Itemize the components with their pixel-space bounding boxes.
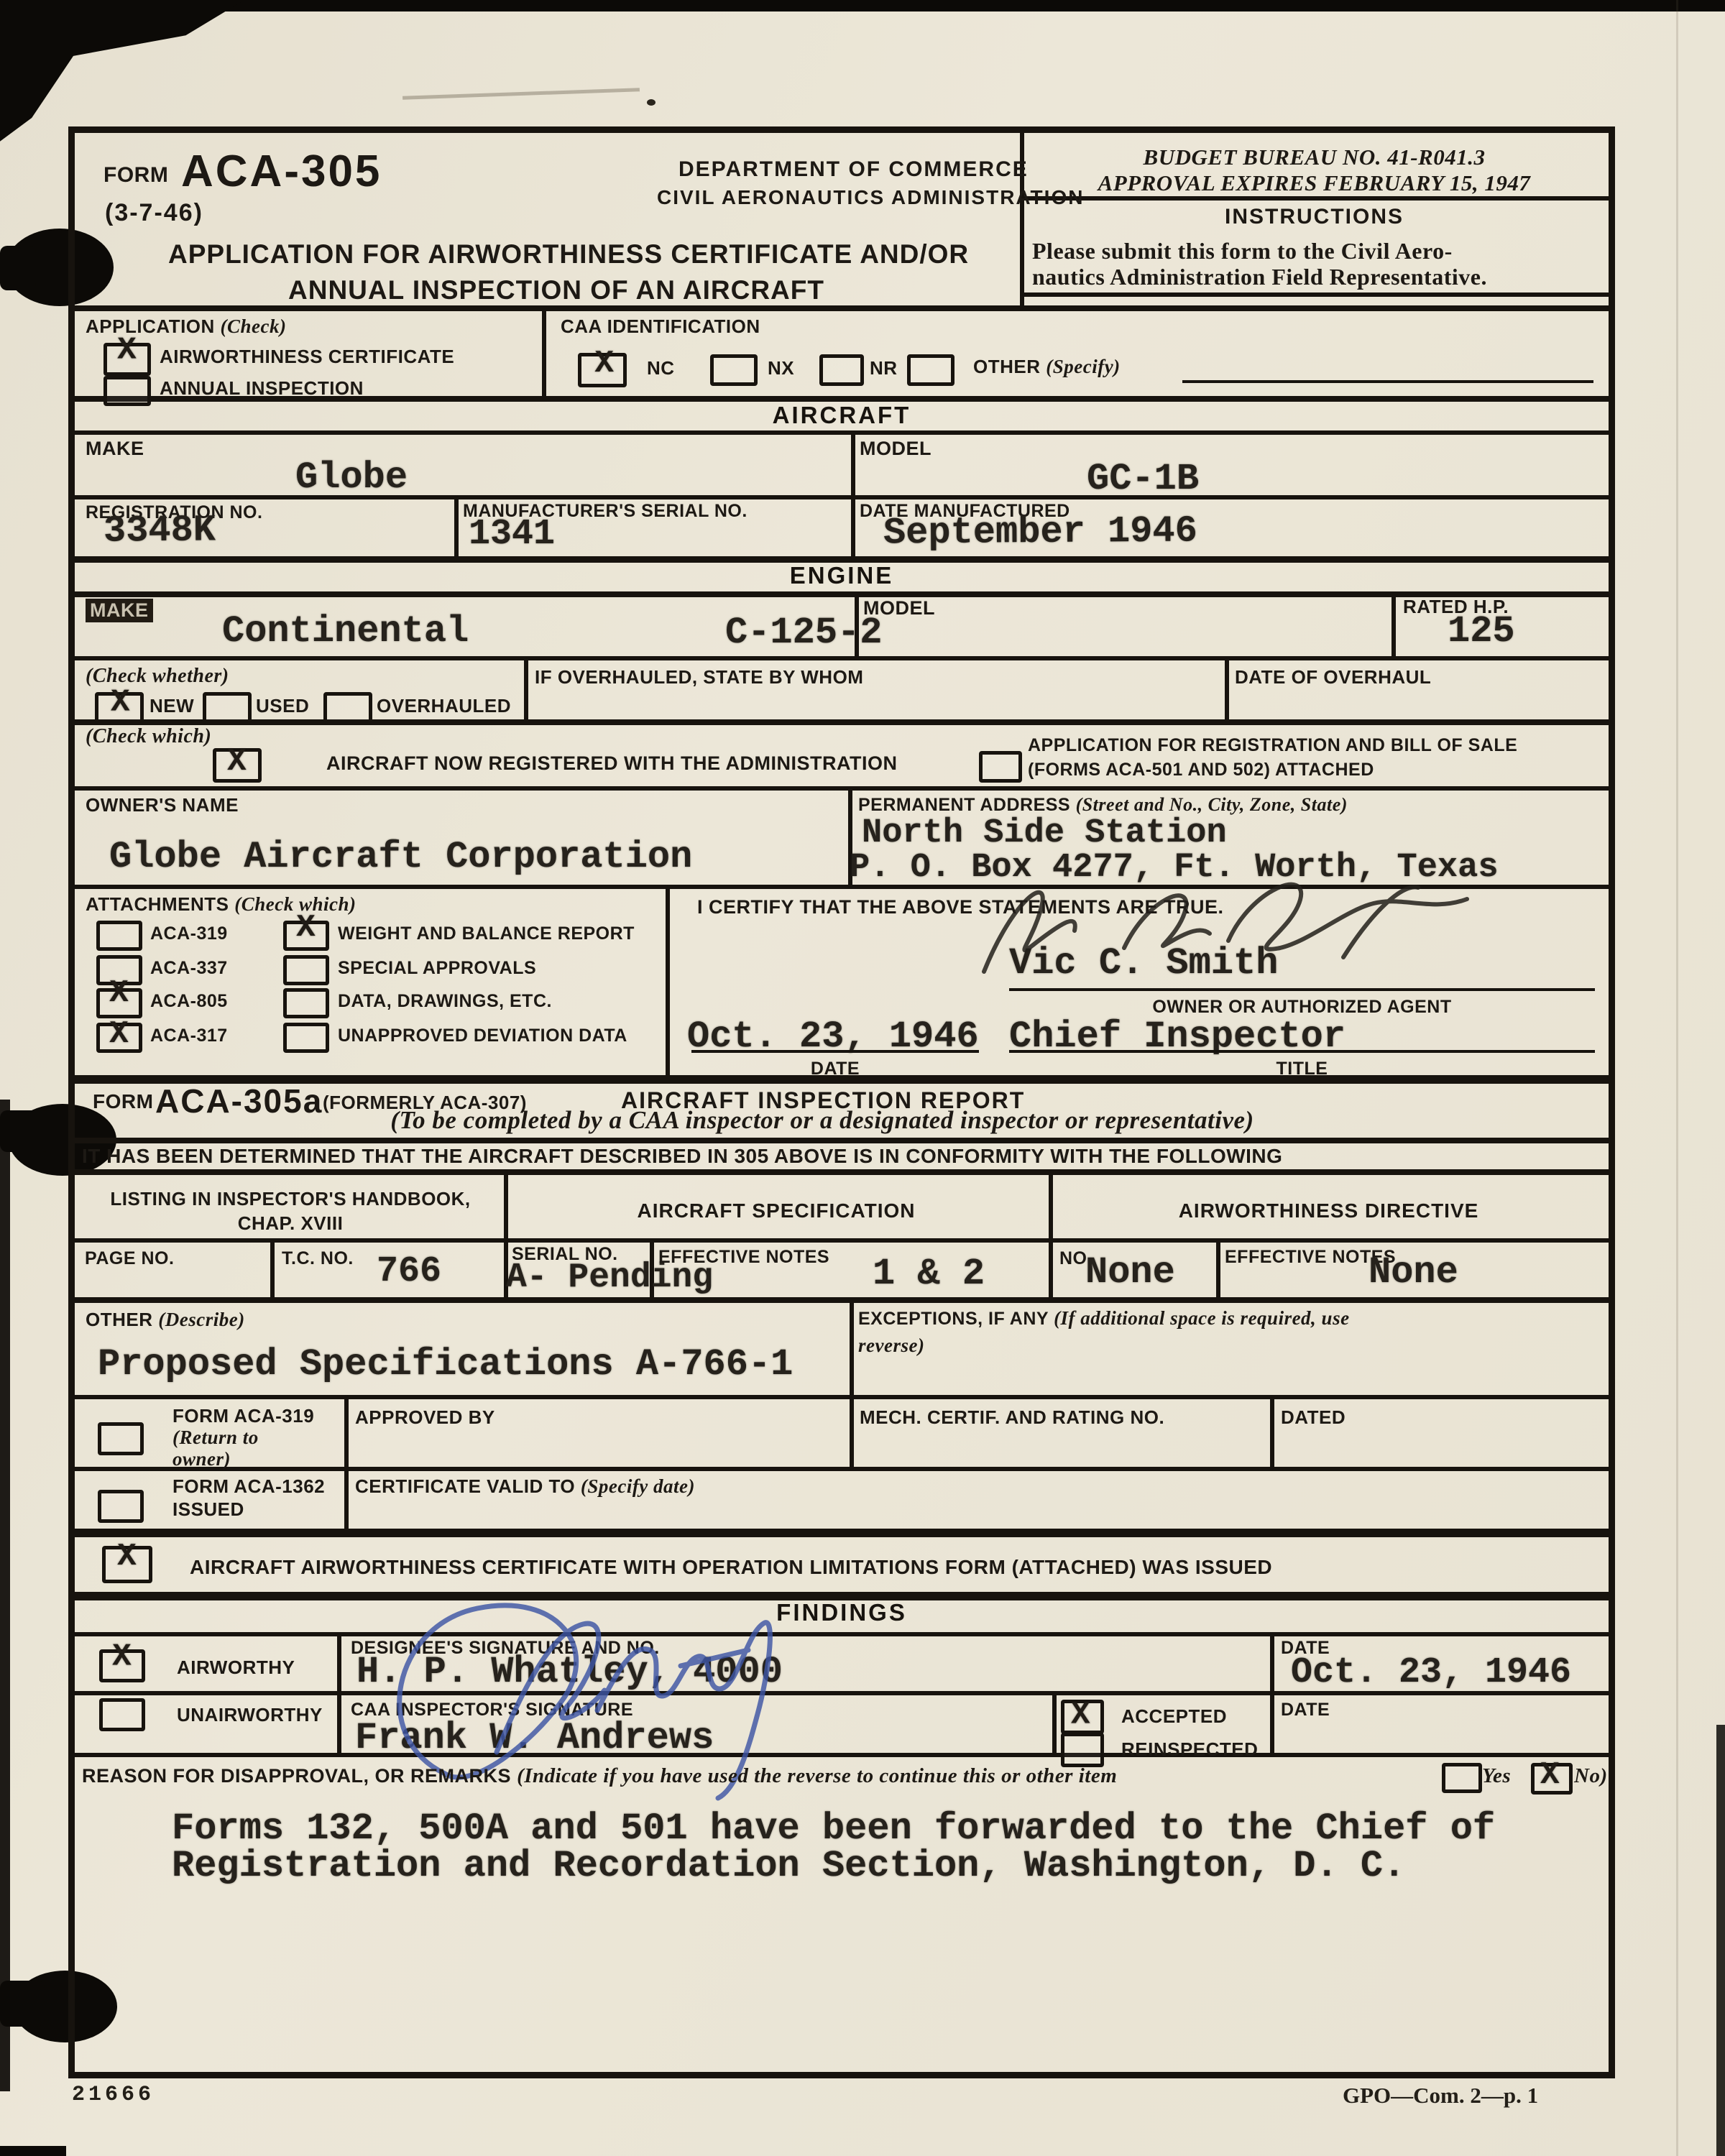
accepted-label: ACCEPTED bbox=[1121, 1705, 1227, 1728]
findings-section-title: FINDINGS bbox=[75, 1599, 1609, 1626]
inspection-report-subtitle: (To be completed by a CAA inspector or a… bbox=[269, 1106, 1376, 1135]
listing-header-line1: LISTING IN INSPECTOR'S HANDBOOK, bbox=[82, 1188, 499, 1210]
attachments-label: ATTACHMENTS (Check which) bbox=[86, 893, 356, 916]
form-number: ACA-305 bbox=[181, 146, 382, 197]
checkbox-mark: X bbox=[117, 333, 136, 369]
aca-317-label: ACA-317 bbox=[150, 1026, 228, 1046]
nx-label: NX bbox=[768, 357, 794, 379]
unapproved-deviation-label: UNAPPROVED DEVIATION DATA bbox=[338, 1026, 627, 1046]
exceptions-label-line1: EXCEPTIONS, IF ANY (If additional space … bbox=[858, 1307, 1350, 1330]
other-describe-value: Proposed Specifications A-766-1 bbox=[98, 1343, 793, 1386]
instructions-line1: Please submit this form to the Civil Aer… bbox=[1032, 238, 1453, 264]
budget-line1: BUDGET BUREAU NO. 41-R041.3 bbox=[1020, 144, 1609, 170]
divider-line bbox=[851, 430, 855, 495]
engine-make-label: MAKE bbox=[86, 599, 153, 622]
remarks-line2: Registration and Recordation Section, Wa… bbox=[172, 1845, 1405, 1887]
divider-line bbox=[270, 1238, 275, 1297]
tc-no-label: T.C. NO. bbox=[282, 1248, 354, 1269]
form-aca319-return1: (Return to bbox=[172, 1427, 259, 1449]
other-label: OTHER (Specify) bbox=[973, 356, 1121, 378]
engine-model-value: C-125-2 bbox=[725, 612, 882, 654]
right-edge-shadow bbox=[1716, 1725, 1725, 2156]
aca-337-label: ACA-337 bbox=[150, 958, 228, 979]
divider-line bbox=[75, 430, 1609, 435]
unairworthy-checkbox bbox=[99, 1698, 145, 1731]
other-describe-label: OTHER (Describe) bbox=[86, 1309, 245, 1331]
divider-line bbox=[1020, 196, 1609, 201]
divider-line bbox=[542, 305, 546, 396]
signature-vic-c-smith bbox=[970, 867, 1473, 990]
paper-crease bbox=[1676, 0, 1678, 2156]
check-whether-label: (Check whether) bbox=[86, 665, 229, 688]
nr-label: NR bbox=[870, 357, 898, 379]
divider-line bbox=[75, 1138, 1609, 1143]
reason-no-checkbox: X bbox=[1531, 1763, 1573, 1795]
divider-line bbox=[1020, 292, 1609, 297]
aircraft-section-title: AIRCRAFT bbox=[75, 402, 1609, 429]
aca-805-label: ACA-805 bbox=[150, 991, 228, 1012]
caa-identification-label: CAA IDENTIFICATION bbox=[561, 315, 760, 338]
divider-line bbox=[75, 305, 1609, 311]
accepted-checkbox: X bbox=[1061, 1700, 1104, 1734]
certificate-issued-text: AIRCRAFT AIRWORTHINESS CERTIFICATE WITH … bbox=[190, 1556, 1272, 1579]
form-aca1362-checkbox bbox=[98, 1490, 144, 1523]
binding-shadow bbox=[0, 1100, 10, 2091]
bill-of-sale-line1: APPLICATION FOR REGISTRATION AND BILL OF… bbox=[1028, 735, 1517, 756]
used-checkbox bbox=[203, 692, 252, 724]
data-drawings-label: DATA, DRAWINGS, ETC. bbox=[338, 991, 552, 1012]
bill-of-sale-line2: (FORMS ACA-501 AND 502) ATTACHED bbox=[1028, 760, 1374, 780]
divider-line bbox=[666, 885, 670, 1075]
form305a-form-label: FORM bbox=[93, 1090, 153, 1113]
divider-line bbox=[1049, 1169, 1053, 1297]
checkbox-mark: X bbox=[117, 1539, 136, 1575]
hole-punch-top-smear bbox=[0, 246, 36, 290]
divider-line bbox=[75, 591, 1609, 597]
aircraft-model-value: GC-1B bbox=[1087, 458, 1199, 500]
airworthy-checkbox: X bbox=[99, 1649, 145, 1682]
footer-plate-number: 21666 bbox=[72, 2083, 155, 2107]
aircraft-make-value: Globe bbox=[295, 456, 408, 499]
agent-label: OWNER OR AUTHORIZED AGENT bbox=[1009, 997, 1595, 1018]
divider-line bbox=[1391, 591, 1396, 656]
checkbox-mark: X bbox=[1540, 1757, 1559, 1793]
divider-line bbox=[75, 1467, 1609, 1471]
divider-line bbox=[524, 656, 528, 719]
airworthy-label: AIRWORTHY bbox=[177, 1657, 295, 1679]
registered-label: AIRCRAFT NOW REGISTERED WITH THE ADMINIS… bbox=[326, 752, 897, 775]
form-aca1362-issued: ISSUED bbox=[172, 1498, 244, 1521]
department-line1: DEPARTMENT OF COMMERCE bbox=[678, 157, 1029, 182]
nr-checkbox bbox=[819, 354, 864, 386]
bill-of-sale-checkbox bbox=[979, 751, 1022, 783]
spec-header: AIRCRAFT SPECIFICATION bbox=[504, 1199, 1049, 1222]
divider-line bbox=[337, 1632, 341, 1753]
overhaul-date-label: DATE OF OVERHAUL bbox=[1235, 666, 1431, 688]
overhauled-label: OVERHAULED bbox=[377, 695, 511, 717]
aircraft-model-label: MODEL bbox=[860, 438, 931, 460]
findings-date2-label: DATE bbox=[1281, 1700, 1330, 1720]
checkbox-mark: X bbox=[111, 685, 129, 721]
divider-line bbox=[850, 1395, 854, 1467]
form-title-line2: ANNUAL INSPECTION OF AN AIRCRAFT bbox=[168, 275, 944, 305]
date-line bbox=[691, 1050, 979, 1053]
owner-name-value: Globe Aircraft Corporation bbox=[109, 836, 692, 878]
directive-no-value: None bbox=[1085, 1251, 1175, 1294]
special-approvals-checkbox bbox=[283, 955, 329, 985]
divider-line bbox=[1225, 656, 1229, 719]
owner-name-label: OWNER'S NAME bbox=[86, 794, 239, 816]
divider-line bbox=[75, 656, 1609, 660]
divider-line bbox=[75, 1753, 1609, 1757]
reason-no-label: No) bbox=[1574, 1764, 1608, 1788]
form-border: FORM ACA-305 (3-7-46) DEPARTMENT OF COMM… bbox=[68, 126, 1615, 2078]
certificate-valid-label: CERTIFICATE VALID TO (Specify date) bbox=[355, 1475, 695, 1498]
overhauled-checkbox bbox=[323, 692, 372, 724]
divider-line bbox=[1270, 1691, 1274, 1753]
divider-line bbox=[75, 719, 1609, 725]
aircraft-make-label: MAKE bbox=[86, 438, 144, 460]
other-checkbox bbox=[907, 354, 954, 386]
form-aca319-checkbox bbox=[98, 1422, 144, 1455]
divider-line bbox=[75, 1529, 1609, 1537]
divider-line bbox=[1270, 1395, 1274, 1467]
registered-checkbox: X bbox=[213, 748, 262, 783]
ink-speck bbox=[647, 99, 655, 106]
airworthiness-certificate-checkbox: X bbox=[103, 343, 151, 376]
divider-line bbox=[851, 495, 855, 556]
other-specify-line bbox=[1182, 380, 1593, 383]
exceptions-label-line2: reverse) bbox=[858, 1335, 924, 1357]
form-date: (3-7-46) bbox=[105, 199, 203, 227]
weight-balance-label: WEIGHT AND BALANCE REPORT bbox=[338, 923, 635, 944]
aca-319-checkbox bbox=[96, 921, 142, 951]
effective-notes-value: 1 & 2 bbox=[873, 1253, 985, 1295]
form-title-line1: APPLICATION FOR AIRWORTHINESS CERTIFICAT… bbox=[168, 239, 944, 269]
used-label: USED bbox=[256, 695, 309, 717]
engine-section-title: ENGINE bbox=[75, 562, 1609, 589]
checkbox-mark: X bbox=[296, 910, 315, 946]
checkbox-mark: X bbox=[1071, 1697, 1090, 1733]
directive-notes-value: None bbox=[1368, 1251, 1458, 1294]
form-aca1362-label: FORM ACA-1362 bbox=[172, 1475, 325, 1498]
rated-hp-value: 125 bbox=[1448, 610, 1515, 653]
dated-label: DATED bbox=[1281, 1406, 1345, 1429]
effective-notes-label: EFFECTIVE NOTES bbox=[658, 1247, 829, 1268]
divider-line bbox=[1052, 1691, 1057, 1753]
check-which-label: (Check which) bbox=[86, 725, 211, 748]
reason-label: REASON FOR DISAPPROVAL, OR REMARKS (Indi… bbox=[82, 1764, 1117, 1788]
divider-line bbox=[344, 1395, 349, 1467]
divider-line bbox=[1270, 1632, 1274, 1691]
date-label: DATE bbox=[691, 1059, 979, 1079]
overhauled-by-label: IF OVERHAULED, STATE BY WHOM bbox=[535, 666, 863, 688]
scanned-page: { "colors":{"paper":"#e9e3d3","ink":"#17… bbox=[0, 0, 1725, 2156]
directive-header: AIRWORTHINESS DIRECTIVE bbox=[1049, 1199, 1609, 1222]
unapproved-deviation-checkbox bbox=[283, 1023, 329, 1053]
aca-805-checkbox: X bbox=[96, 988, 142, 1018]
reason-yes-label: Yes bbox=[1482, 1764, 1511, 1788]
bottom-left-mark bbox=[0, 2146, 66, 2156]
certificate-issued-checkbox: X bbox=[102, 1546, 152, 1583]
instructions-line2: nautics Administration Field Representat… bbox=[1032, 264, 1487, 290]
checkbox-mark: X bbox=[109, 975, 128, 1011]
divider-line bbox=[75, 1297, 1609, 1303]
serial-no-value: 1341 bbox=[469, 514, 555, 555]
data-drawings-checkbox bbox=[283, 988, 329, 1018]
mech-certif-label: MECH. CERTIF. AND RATING NO. bbox=[860, 1406, 1164, 1429]
application-label: APPLICATION (Check) bbox=[86, 315, 287, 338]
tc-no-value: 766 bbox=[377, 1251, 441, 1292]
form-aca319-label: FORM ACA-319 bbox=[172, 1405, 314, 1427]
nc-label: NC bbox=[647, 357, 675, 379]
nx-checkbox bbox=[710, 354, 758, 386]
divider-line bbox=[454, 495, 459, 556]
airworthiness-certificate-label: AIRWORTHINESS CERTIFICATE bbox=[160, 346, 454, 368]
special-approvals-label: SPECIAL APPROVALS bbox=[338, 958, 536, 979]
instructions-title: INSTRUCTIONS bbox=[1020, 205, 1609, 229]
address-line1: North Side Station bbox=[862, 814, 1227, 852]
page-no-label: PAGE NO. bbox=[85, 1248, 174, 1269]
reason-yes-checkbox bbox=[1442, 1763, 1482, 1793]
registration-no-value: 3348K bbox=[103, 509, 216, 552]
title-line bbox=[1009, 1050, 1595, 1053]
conformity-statement: IT HAS BEEN DETERMINED THAT THE AIRCRAFT… bbox=[82, 1145, 1282, 1168]
annual-inspection-label: ANNUAL INSPECTION bbox=[160, 377, 364, 400]
nc-checkbox: X bbox=[578, 353, 627, 387]
checkbox-mark: X bbox=[112, 1639, 131, 1675]
torn-corner bbox=[0, 0, 244, 147]
permanent-address-label: PERMANENT ADDRESS (Street and No., City,… bbox=[858, 794, 1348, 816]
divider-line bbox=[75, 1395, 1609, 1399]
new-checkbox: X bbox=[95, 692, 144, 724]
findings-date1-value: Oct. 23, 1946 bbox=[1291, 1652, 1571, 1693]
divider-line bbox=[344, 1467, 349, 1529]
form-aca319-return2: owner) bbox=[172, 1448, 231, 1470]
divider-line bbox=[75, 786, 1609, 791]
divider-line bbox=[75, 1632, 1609, 1636]
aca-319-label: ACA-319 bbox=[150, 923, 228, 944]
engine-make-value: Continental bbox=[222, 610, 469, 653]
weight-balance-checkbox: X bbox=[283, 921, 329, 951]
checkbox-mark: X bbox=[109, 1016, 128, 1052]
divider-line bbox=[1216, 1238, 1220, 1297]
divider-line bbox=[75, 1169, 1609, 1175]
divider-line bbox=[850, 1297, 854, 1395]
checkbox-mark: X bbox=[227, 744, 246, 780]
listing-header-line2: CHAP. XVIII bbox=[82, 1212, 499, 1235]
unairworthy-label: UNAIRWORTHY bbox=[177, 1704, 323, 1726]
budget-line2: APPROVAL EXPIRES FEBRUARY 15, 1947 bbox=[1020, 170, 1609, 196]
aca-317-checkbox: X bbox=[96, 1023, 142, 1053]
remarks-line1: Forms 132, 500A and 501 have been forwar… bbox=[172, 1807, 1495, 1850]
date-manufactured-value: September 1946 bbox=[883, 510, 1197, 554]
new-label: NEW bbox=[149, 695, 194, 717]
approved-by-label: APPROVED BY bbox=[355, 1406, 495, 1429]
checkbox-mark: X bbox=[594, 346, 613, 382]
divider-line bbox=[75, 1238, 1609, 1243]
reinspected-checkbox bbox=[1061, 1733, 1104, 1767]
top-edge-shadow bbox=[0, 0, 1725, 11]
reinspected-label: REINSPECTED bbox=[1121, 1738, 1258, 1761]
footer-gpo: GPO—Com. 2—p. 1 bbox=[1343, 2083, 1538, 2109]
ink-smear bbox=[402, 88, 640, 100]
title-label: TITLE bbox=[1009, 1059, 1595, 1079]
form-number-label: FORM bbox=[103, 163, 168, 188]
